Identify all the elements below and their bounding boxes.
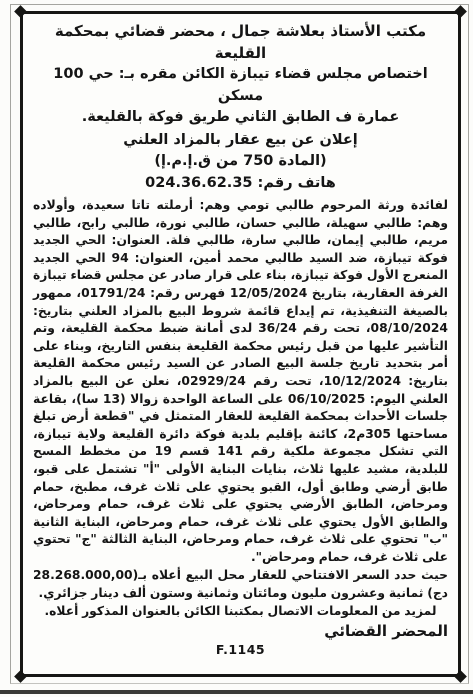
bailiff-office-line: مكتب الأستاذ بعلاشة جمال ، محضر قضائي بم… xyxy=(33,21,448,64)
opening-price-paragraph: حيث حدد السعر الافتتاحي للعقار محل البيع… xyxy=(33,567,448,602)
ad-frame: مكتب الأستاذ بعلاشة جمال ، محضر قضائي بم… xyxy=(20,11,461,677)
reference-number: F.1145 xyxy=(216,642,265,657)
ad-header: مكتب الأستاذ بعلاشة جمال ، محضر قضائي بم… xyxy=(33,21,448,194)
ad-content: مكتب الأستاذ بعلاشة جمال ، محضر قضائي بم… xyxy=(23,14,458,674)
legal-article-reference: (المادة 750 من ق.إ.م.إ) xyxy=(33,151,448,173)
contact-info-line: لمزيد من المعلومات الاتصال بمكتبنا الكائ… xyxy=(33,603,448,621)
jurisdiction-line: اختصاص مجلس قضاء تيبازة الكائن مقره بـ: … xyxy=(33,64,448,107)
ad-footer: المحضر القضائي F.1145 xyxy=(33,622,448,664)
bailiff-signature: المحضر القضائي xyxy=(324,622,448,640)
auction-details-paragraph: لفائدة ورثة المرحوم طالبي تومي وهم: أرمل… xyxy=(33,197,448,566)
announcement-title: إعلان عن بيع عقار بالمزاد العلني xyxy=(33,130,448,152)
phone-number-line: هاتف رقم: 024.36.62.35 xyxy=(33,173,448,195)
bottom-scan-rule xyxy=(0,690,473,694)
newspaper-legal-notice-page: مكتب الأستاذ بعلاشة جمال ، محضر قضائي بم… xyxy=(0,0,473,697)
office-address-line: عمارة ف الطابق الثاني طريق فوكة بالقليعة… xyxy=(33,107,448,129)
ad-body: لفائدة ورثة المرحوم طالبي تومي وهم: أرمل… xyxy=(33,197,448,620)
